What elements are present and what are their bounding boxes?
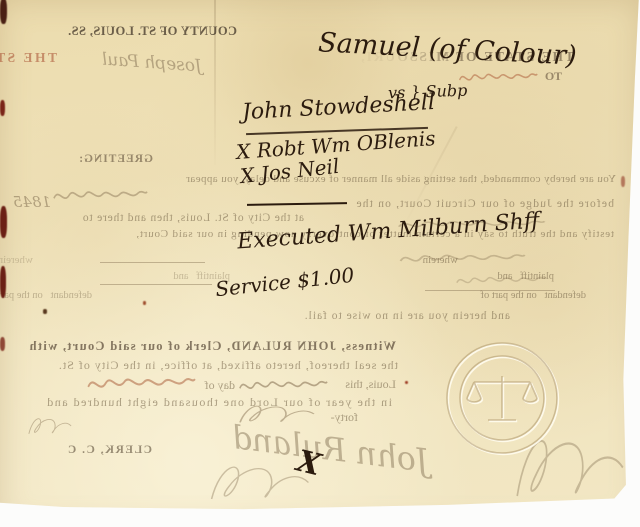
- bleed-year-line: in the year of our Lord one thousand eig…: [14, 396, 392, 408]
- bleedthrough-handwriting-month: [86, 370, 196, 396]
- bleed-command-line-2: before the Judge of our Circuit Court, o…: [294, 199, 614, 211]
- bleed-blank-rule: [425, 290, 555, 291]
- edge-stain: [0, 337, 5, 351]
- bleed-county-line: COUNTY OF ST. LOUIS, SS.: [55, 25, 237, 38]
- edge-stain: [621, 176, 625, 187]
- bleed-no-fail-line: and herein you are in no wise to fail.: [238, 311, 510, 323]
- bleed-day-of-label: day of: [193, 379, 235, 391]
- ink-speck: [143, 301, 146, 305]
- bleedthrough-handwriting-day: [238, 374, 328, 396]
- bleed-blank-rule: [100, 262, 205, 263]
- bleed-defendant-label-2: defendant on the part of: [0, 291, 92, 302]
- edge-stain: [0, 100, 5, 116]
- embossed-court-seal: [442, 338, 562, 458]
- ink-speck: [405, 381, 408, 384]
- bleedthrough-handwriting-red: [458, 67, 538, 87]
- bleed-witness-line-2: the seal thereof, hereto affixed, at off…: [0, 359, 398, 371]
- bleed-clerk-label: CLERK, C. C: [56, 445, 152, 457]
- bleedthrough-handwriting: [235, 400, 319, 428]
- bleed-year-script: 1845: [6, 195, 51, 210]
- edge-stain: [0, 206, 7, 238]
- bleed-witness-line-1: Witness, JOHN RULAND, Clerk of our said …: [0, 340, 396, 353]
- bleed-wherein-label-2: wherein: [0, 255, 33, 266]
- bleedthrough-handwriting: [52, 184, 148, 206]
- bleed-blank-rule: [100, 284, 212, 285]
- bleedthrough-handwriting: [455, 271, 547, 289]
- ink-speck: [43, 309, 47, 314]
- bleedthrough-handwriting: [26, 413, 74, 439]
- bleed-command-line-3: at the City of St. Louis, then and there…: [30, 213, 304, 225]
- bleed-louis-this-label: Louis, this: [326, 378, 396, 390]
- bleed-command-line-1: You are hereby commanded, that setting a…: [138, 174, 616, 185]
- bleed-forty-label: forty-: [318, 411, 358, 423]
- bleed-state-line-red: THE STATE OF MISSOURI,: [0, 51, 57, 65]
- bleed-defendant-label: defendant on the part of: [408, 291, 586, 302]
- edge-stain: [0, 0, 7, 24]
- scanned-document: COUNTY OF ST. LOUIS, SS. THE STATE OF MI…: [0, 0, 640, 527]
- edge-stain: [0, 266, 6, 298]
- bleed-greeting: GREETING:: [83, 154, 153, 166]
- paper-sheet: COUNTY OF ST. LOUIS, SS. THE STATE OF MI…: [0, 0, 640, 527]
- bleedthrough-handwriting: [398, 248, 526, 268]
